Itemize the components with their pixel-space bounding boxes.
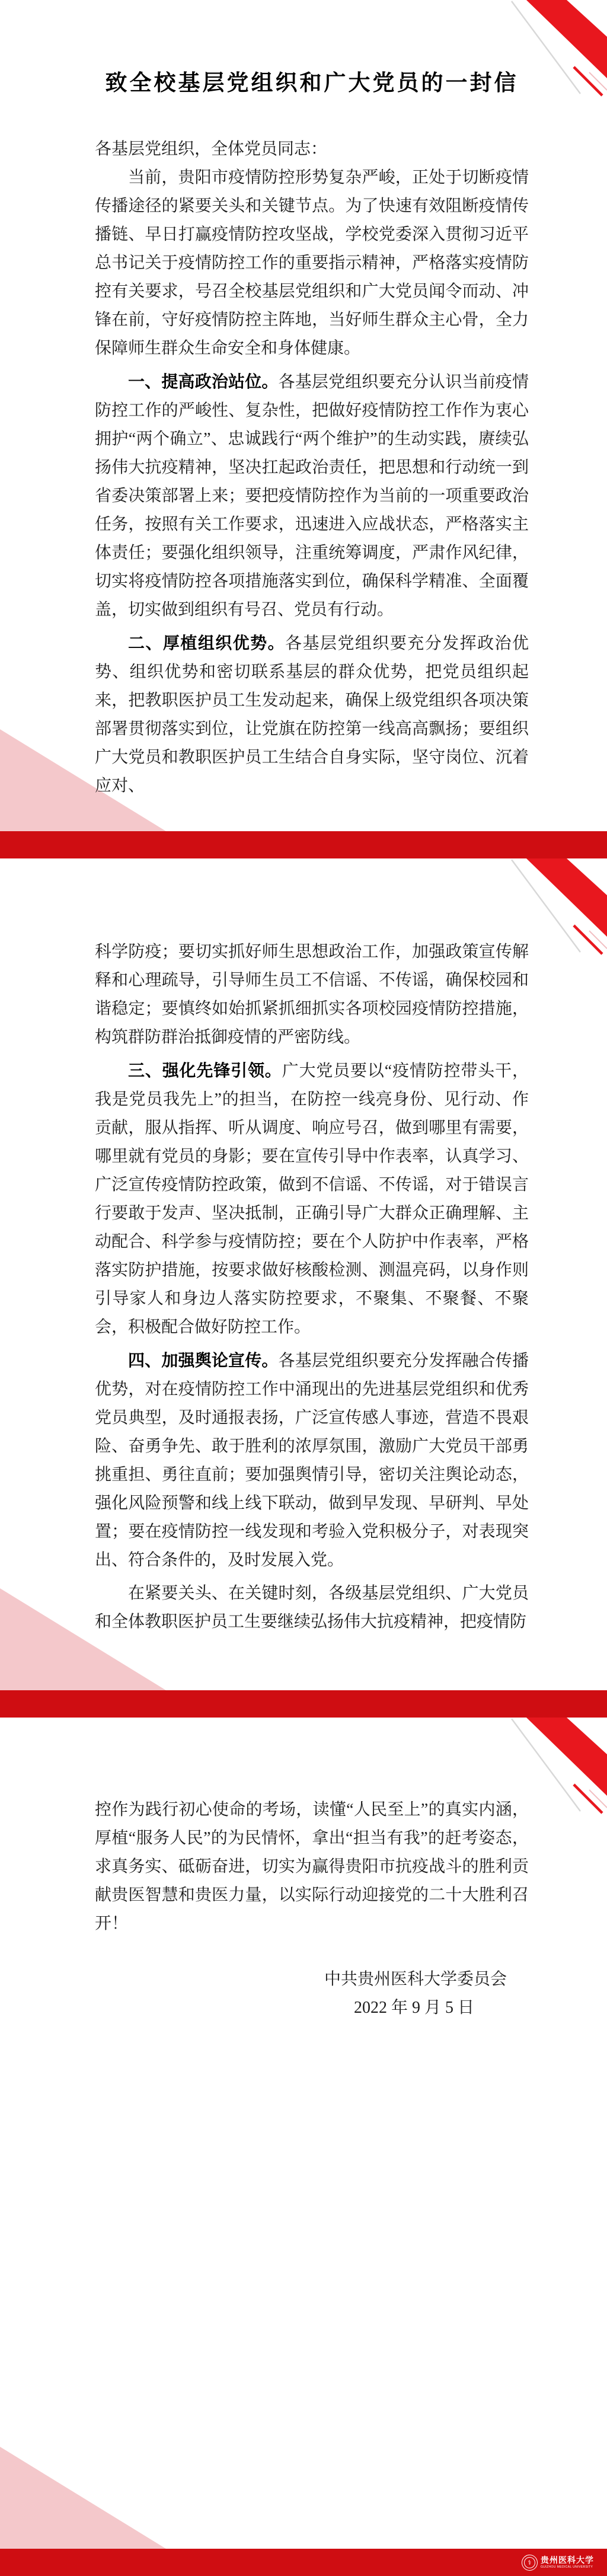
letter-page-3: 控作为践行初心使命的考场，读懂“人民至上”的真实内涵，厚植“服务人民”的为民情怀… (0, 1718, 607, 2576)
section-4-text: 各基层党组织要充分发挥融合传播优势，对在疫情防控工作中涌现出的先进基层党组织和优… (95, 1352, 529, 1569)
corner-triangle-decoration (0, 2447, 166, 2549)
section-2-heading: 二、厚植组织优势。 (128, 634, 285, 652)
section-4-paragraph: 四、加强舆论宣传。各基层党组织要充分发挥融合传播优势，对在疫情防控工作中涌现出的… (95, 1346, 529, 1575)
section-2-text-part1: 各基层党组织要充分发挥政治优势、组织优势和密切联系基层的群众优势，把党员组织起来… (95, 634, 529, 795)
letter-page-2: 科学防疫；要切实抓好师生思想政治工作，加强政策宣传解释和心理疏导，引导师生员工不… (0, 858, 607, 1718)
closing-paragraph-start: 在紧要关头、在关键时刻，各级基层党组织、广大党员和全体教职医护员工生要继续弘扬伟… (95, 1579, 529, 1636)
signature-committee: 中共贵州医科大学委员会 (95, 1965, 529, 1994)
section-3-paragraph: 三、强化先锋引领。广大党员要以“疫情防控带头干，我是党员我先上”的担当，在防控一… (95, 1056, 529, 1342)
letter-title: 致全校基层党组织和广大党员的一封信 (95, 66, 529, 100)
scanned-letter-document: 致全校基层党组织和广大党员的一封信 各基层党组织，全体党员同志： 当前，贵阳市疫… (0, 0, 607, 2576)
signature-date: 2022 年 9 月 5 日 (95, 1994, 529, 2022)
seal-emblem-icon: ⚕ (524, 2557, 535, 2568)
logo-name-english: GUIZHOU MEDICAL UNIVERSITY (541, 2565, 594, 2569)
page-1-content: 致全校基层党组织和广大党员的一封信 各基层党组织，全体党员同志： 当前，贵阳市疫… (95, 0, 529, 800)
closing-paragraph-end: 控作为践行初心使命的考场，读懂“人民至上”的真实内涵，厚植“服务人民”的为民情怀… (95, 1796, 529, 1938)
page-2-content: 科学防疫；要切实抓好师生思想政治工作，加强政策宣传解释和心理疏导，引导师生员工不… (95, 938, 529, 1636)
section-3-text: 广大党员要以“疫情防控带头干，我是党员我先上”的担当，在防控一线亮身份、见行动、… (95, 1062, 529, 1336)
section-1-heading: 一、提高政治站位。 (128, 372, 279, 391)
letter-page-1: 致全校基层党组织和广大党员的一封信 各基层党组织，全体党员同志： 当前，贵阳市疫… (0, 0, 607, 858)
section-1-paragraph: 一、提高政治站位。各基层党组织要充分认识当前疫情防控工作的严峻性、复杂性，把做好… (95, 368, 529, 624)
university-seal-icon: ⚕ (522, 2555, 538, 2571)
page-divider-bar (0, 1690, 607, 1718)
page-divider-bar (0, 831, 607, 858)
logo-text: 贵州医科大学 GUIZHOU MEDICAL UNIVERSITY (541, 2556, 594, 2569)
section-3-heading: 三、强化先锋引领。 (128, 1061, 282, 1080)
section-4-heading: 四、加强舆论宣传。 (128, 1351, 279, 1370)
logo-name-chinese: 贵州医科大学 (541, 2556, 594, 2565)
page-3-content: 控作为践行初心使命的考场，读懂“人民至上”的真实内涵，厚植“服务人民”的为民情怀… (95, 1796, 529, 2022)
opening-paragraph: 当前，贵阳市疫情防控形势复杂严峻，正处于切断疫情传播途径的紧要关头和关键节点。为… (95, 164, 529, 363)
university-logo: ⚕ 贵州医科大学 GUIZHOU MEDICAL UNIVERSITY (522, 2553, 594, 2571)
section-1-text: 各基层党组织要充分认识当前疫情防控工作的严峻性、复杂性，把做好疫情防控工作作为衷… (95, 373, 529, 619)
section-2-continuation: 科学防疫；要切实抓好师生思想政治工作，加强政策宣传解释和心理疏导，引导师生员工不… (95, 938, 529, 1052)
salutation: 各基层党组织，全体党员同志： (95, 135, 529, 164)
footer-bar: ⚕ 贵州医科大学 GUIZHOU MEDICAL UNIVERSITY (0, 2549, 607, 2576)
section-2-paragraph: 二、厚植组织优势。各基层党组织要充分发挥政治优势、组织优势和密切联系基层的群众优… (95, 629, 529, 800)
